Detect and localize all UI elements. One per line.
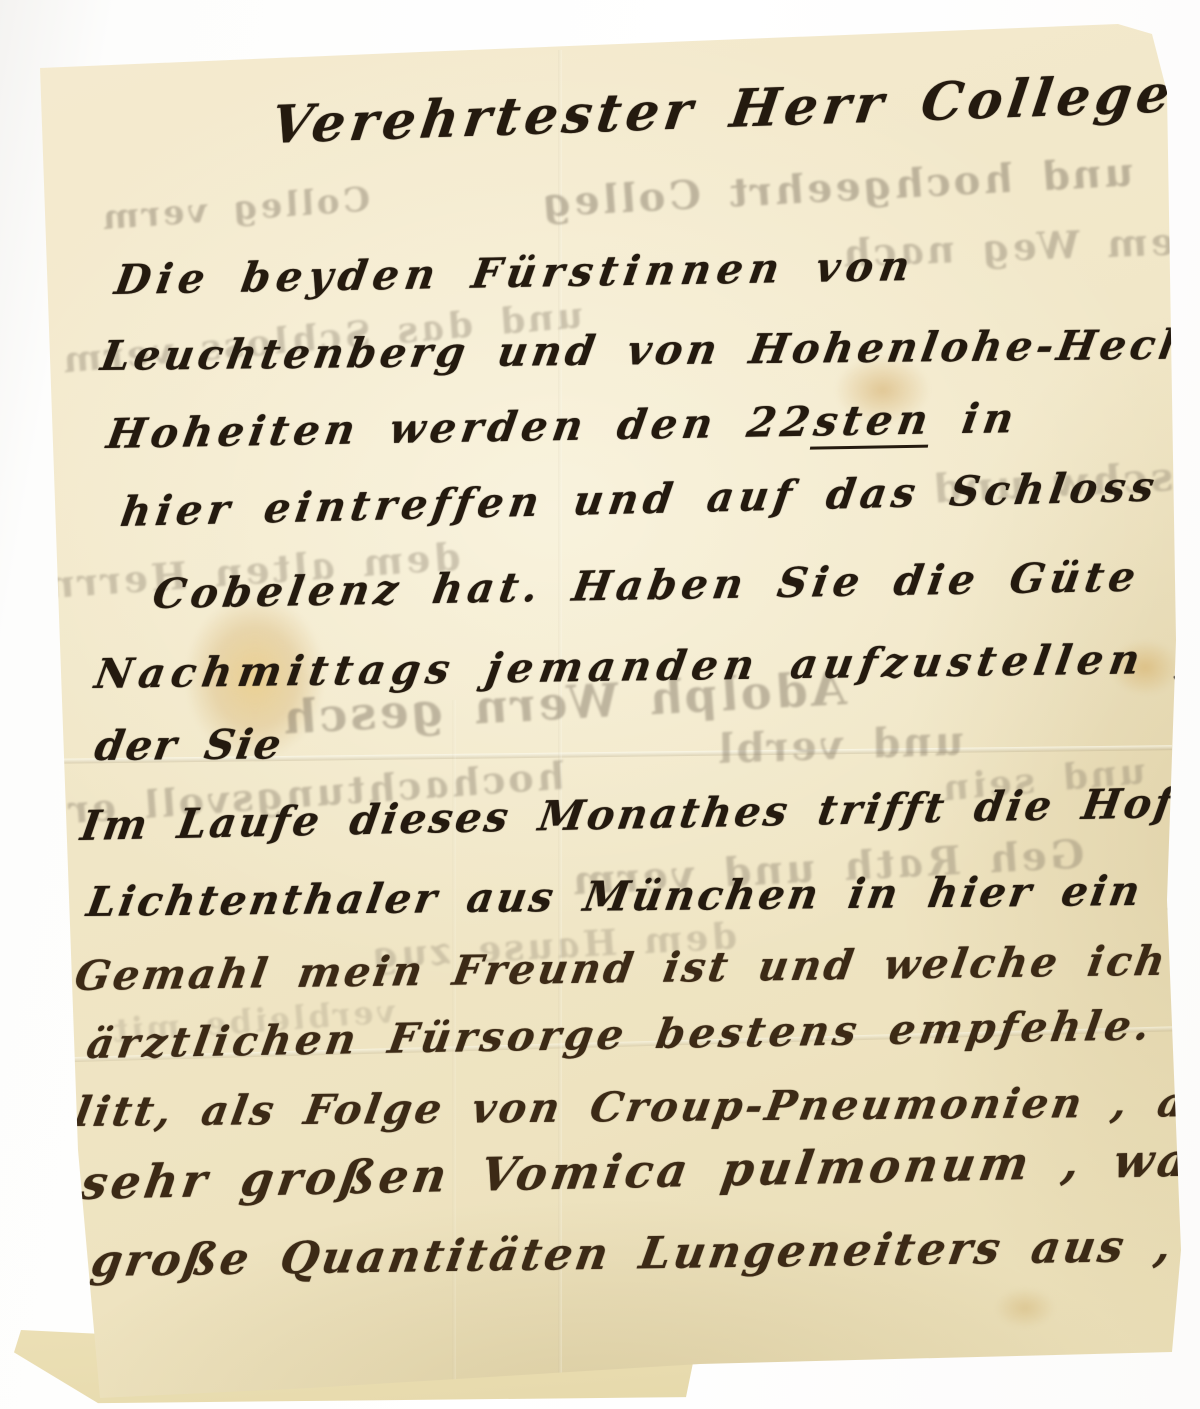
- body-line: ärztlichen Fürsorge bestens empfehle. Si…: [84, 1003, 1200, 1065]
- scanned-letter-page: { "letter": { "heading": "Verehrtester H…: [0, 0, 1200, 1409]
- body-line: Lichtenthaler aus München in hier ein , …: [84, 869, 1200, 923]
- small-spot-bottom-right: [995, 1288, 1055, 1328]
- bleed-through-line: und hochgeehrt Colleg: [538, 152, 1136, 223]
- date-prefix: Hoheiten werden den 22: [104, 398, 819, 458]
- bleed-through-line: und verbl: [712, 722, 968, 771]
- date-underlined-ordinal: sten: [810, 395, 936, 449]
- salutation-line: Verehrtester Herr College: [268, 68, 1178, 152]
- body-line: Gemahl mein Freund ist und welche ich Ih…: [72, 938, 1200, 997]
- letter-paper-sheet: und hochgeehrt Colleg Colleg verm dem We…: [0, 0, 1200, 1409]
- body-line: Leuchtenberg und von Hohenlohe-Hechingen: [98, 323, 1200, 377]
- body-line: hier eintreffen und auf das Schloss von: [118, 463, 1200, 533]
- date-suffix: in: [929, 394, 1022, 444]
- bleed-through-line: Colleg verm: [98, 182, 372, 235]
- body-line: Cobelenz hat. Haben Sie die Güte: [150, 557, 1143, 615]
- body-line-date: Hoheiten werden den 22sten in: [104, 398, 1021, 455]
- body-line: litt, als Folge von Croup-Pneumonien , a…: [72, 1081, 1200, 1133]
- body-line: Im Laufe dieses Monathes trifft die Hofr…: [78, 780, 1200, 847]
- body-line: große Quantitäten Lungeneiters aus , hat…: [88, 1222, 1200, 1284]
- body-line: sehr großen Vomica pulmonum , warf sehr: [78, 1132, 1200, 1206]
- body-line: Nachmittags jemanden aufzustellen ,: [92, 639, 1200, 695]
- body-line: Die beyden Fürstinnen von: [112, 246, 918, 301]
- body-line: der Sie: [92, 724, 286, 767]
